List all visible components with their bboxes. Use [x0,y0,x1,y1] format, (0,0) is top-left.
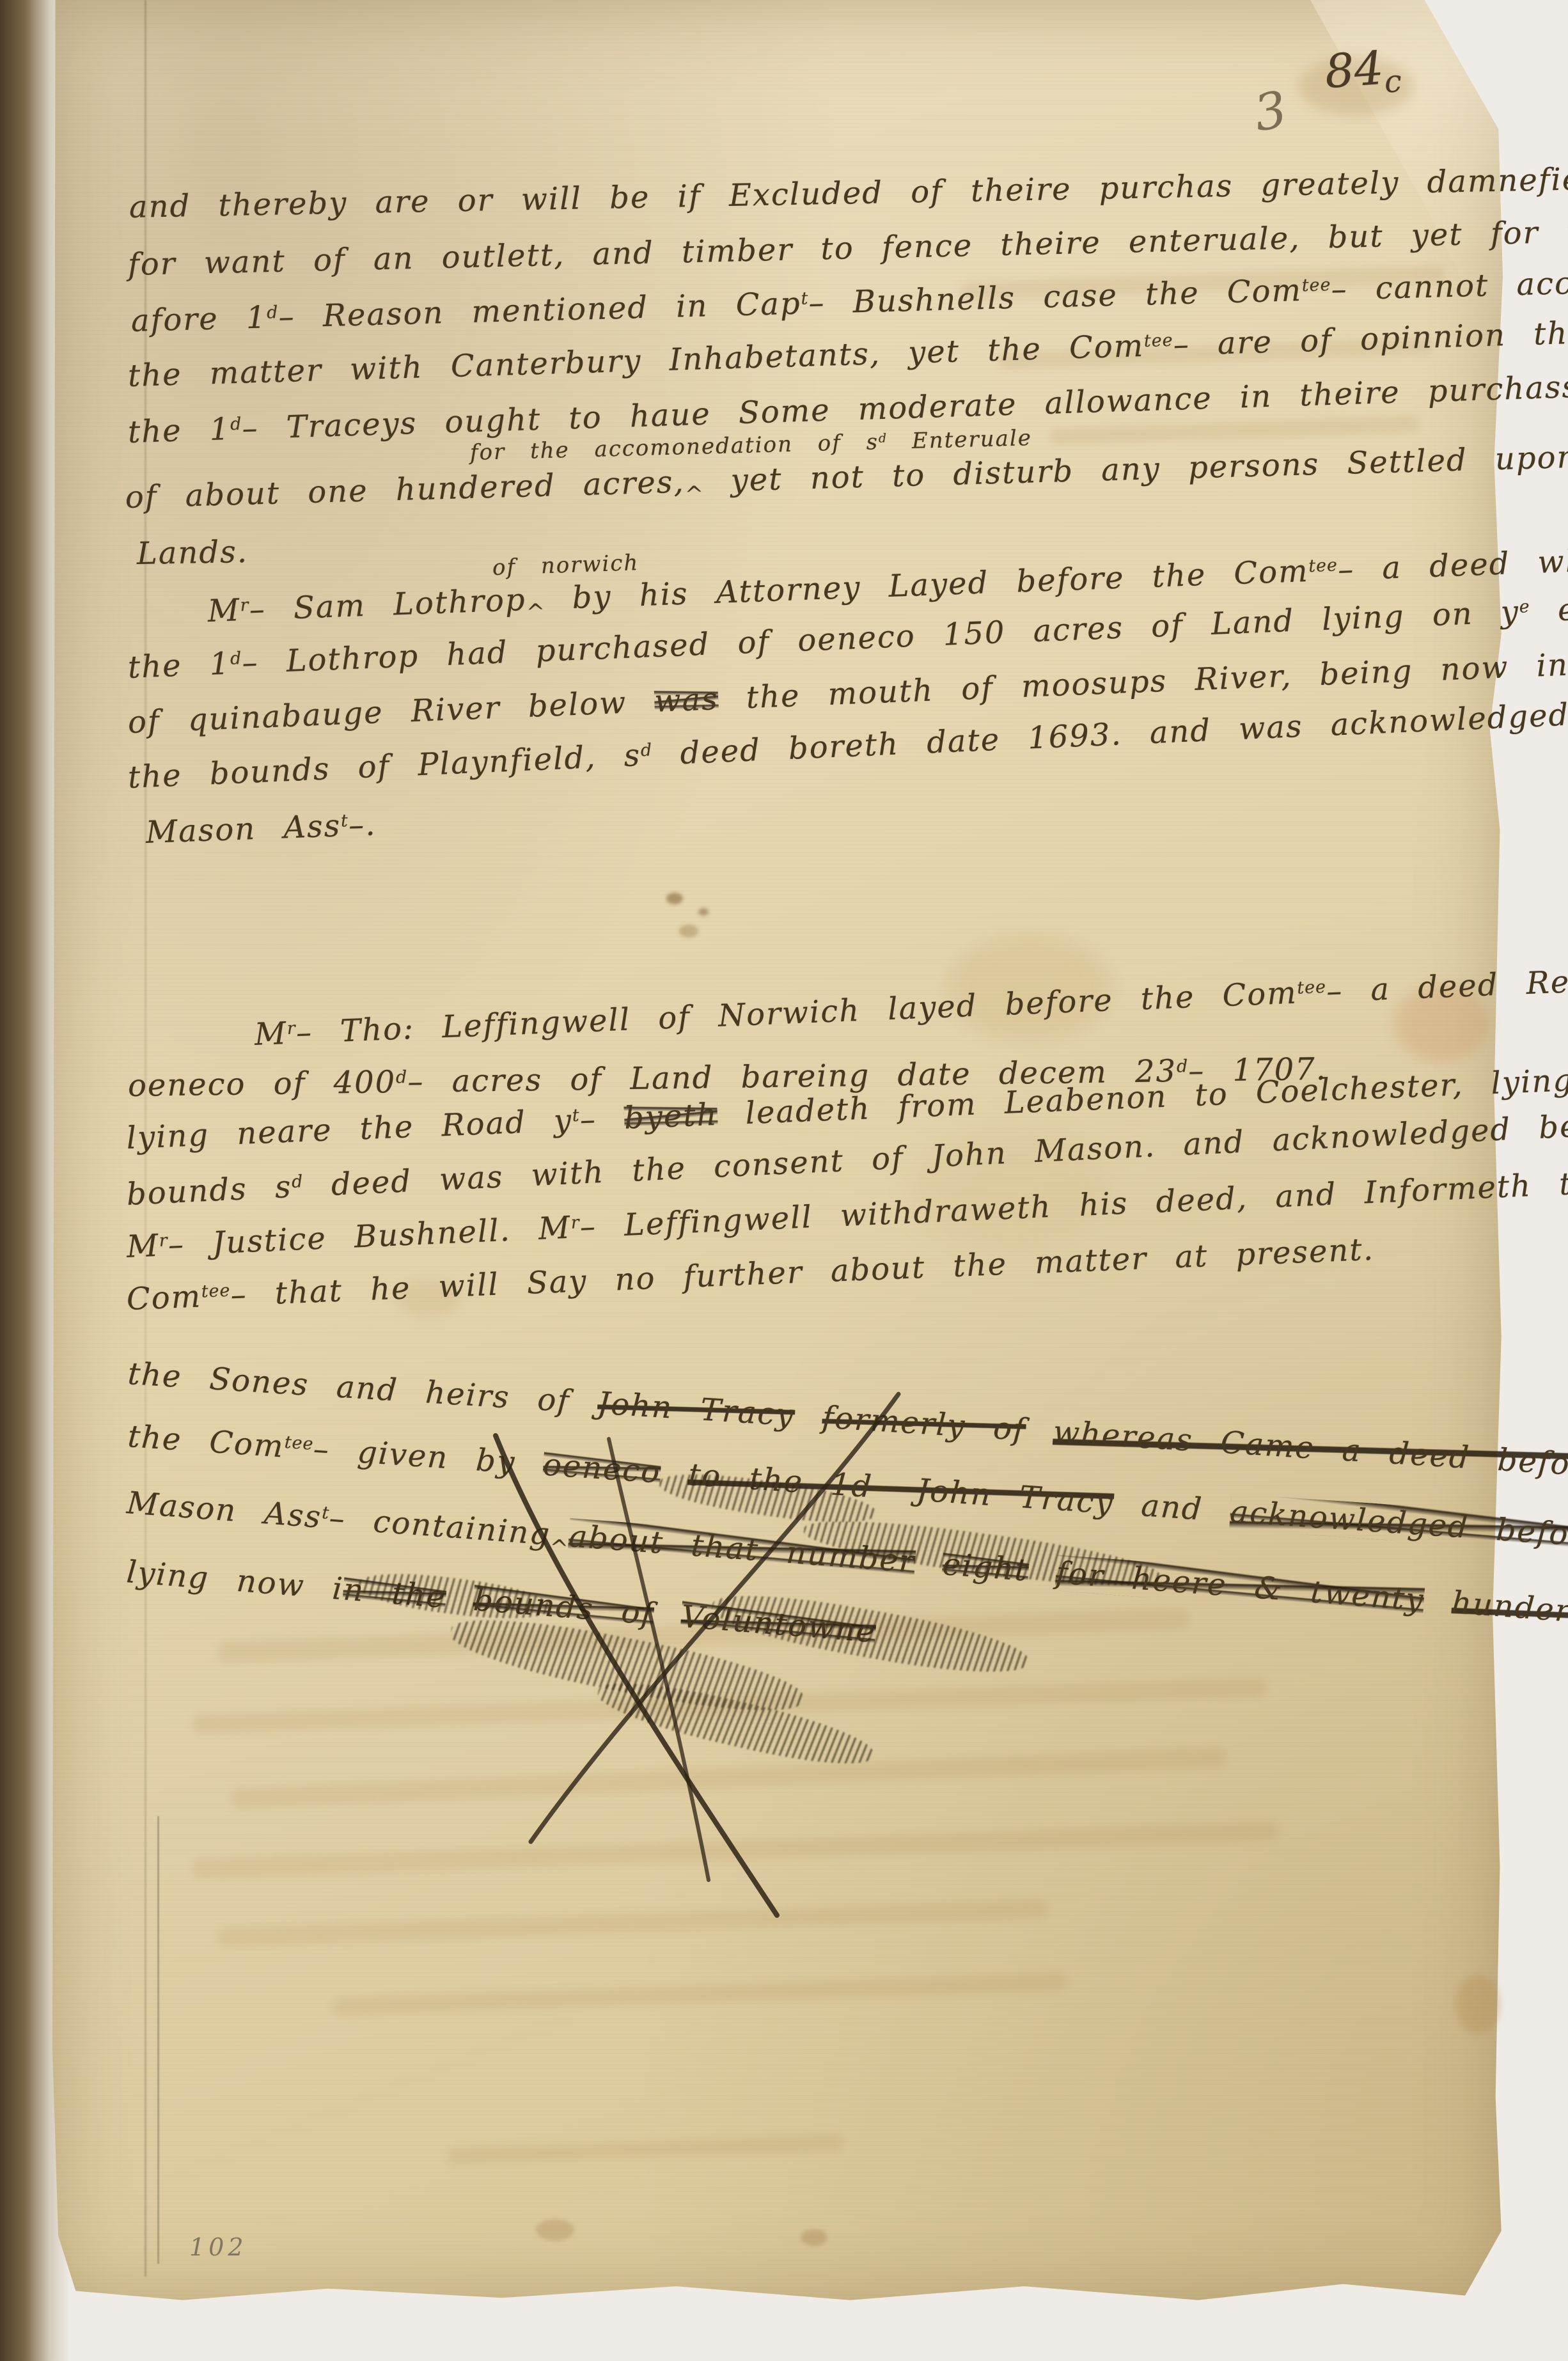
struck-text: hundered acres of Land [1450,1585,1568,1654]
text-segment: – a deed Resciued of [1326,957,1568,1010]
text-segment: the Sones and heirs of [127,1356,599,1421]
superscript-text: d [1177,1056,1189,1076]
text-segment: and [1113,1486,1232,1529]
text-segment: the bounds of Playnfield, s [127,737,642,796]
text-segment: – given by [312,1431,544,1482]
superscript-text: d [230,414,242,435]
caret-mark: ^ [549,1535,569,1562]
text-segment: afore 1 [130,299,267,339]
caret-mark: ^ [685,482,704,508]
superscript-text: d [291,1172,304,1192]
superscript-text: d [267,302,279,322]
struck-text: was [654,681,719,719]
text-segment: – Tho: Leffingwell of Norwich layed befo… [295,975,1298,1051]
text-segment: the 1 [127,646,231,686]
struck-text: byeth [623,1097,719,1136]
text-segment: bounds s [126,1169,293,1212]
superscript-text: r [570,1212,580,1233]
text-segment: Mason Ass [125,1485,323,1535]
struck-text: John Tracy [597,1385,796,1433]
struck-text: formerly of [821,1399,1027,1448]
manuscript-line: Lands. [137,534,249,572]
caret-mark: ^ [526,599,545,625]
superscript-text: d [396,1067,408,1087]
struck-text: whereas Came a deed before [1052,1414,1568,1484]
text-segment [1423,1583,1453,1620]
text-segment: Com [126,1278,202,1317]
text-segment: east side [1530,586,1568,629]
text-segment: of about one hundered acres, [125,464,685,515]
text-segment: lying neare the Road y [126,1102,574,1156]
text-segment: – cannot accomedate [1331,262,1568,308]
text-segment: the Com [127,1418,285,1465]
superscript-text: r [159,1230,168,1251]
superscript-text: d [879,431,888,445]
superscript-text: tee [1301,275,1331,295]
text-segment [1024,1412,1054,1450]
text-segment: the matter with Canterbury Inhabetants, … [127,328,1145,394]
superscript-text: t [801,288,809,308]
struck-text: oeneco [542,1447,662,1490]
text-segment: lying now i [125,1554,345,1607]
superscript-text: tee [1143,331,1173,351]
text-segment: – containing [328,1500,552,1553]
text-segment: – a deed wherein [1337,540,1568,588]
superscript-text: r [240,595,249,615]
text-segment: of norwich [492,550,639,581]
superscript-text: r [286,1019,296,1039]
text-segment: – Justice Bushnell. M [168,1210,572,1263]
superscript-text: d [230,648,242,669]
text-segment: Lands. [137,534,249,572]
superscript-text: tee [1297,977,1327,998]
superscript-text: e [1519,597,1530,617]
manuscript-scan: 84c 3 102 and thereby are or will be if … [0,0,1568,2361]
superscript-text: d [640,740,653,760]
text-segment: Enteruale [887,425,1033,455]
manuscript-line: Mason Asst–. [145,806,377,851]
text-segment: – [579,1101,625,1138]
handwritten-text: and thereby are or will be if Excluded o… [0,0,1568,2361]
text-segment: – Reason mentioned in Cap [278,286,802,335]
text-segment: Mason Ass [145,808,341,851]
superscript-text: tee [201,1281,231,1302]
text-segment: M [126,1228,161,1265]
superscript-text: tee [284,1432,315,1454]
text-segment: oeneco of 400 [128,1064,396,1104]
text-segment [652,1596,683,1634]
text-segment: M [254,1016,288,1053]
text-segment: and thereby are or will be if Excluded o… [129,161,1568,225]
manuscript-line: of norwich [492,550,639,581]
text-segment: of quinabauge River below [127,684,655,741]
struck-text: acknowledged before Sam [1229,1494,1568,1562]
text-segment: – are of opinnion that in Justice [1173,308,1568,363]
text-segment: M [207,592,241,629]
text-segment: – Sam Lothrop [249,582,527,628]
manuscript-line: and thereby are or will be if Excluded o… [129,161,1568,225]
text-segment: the 1 [127,411,231,450]
manuscript-line: Mr– Tho: Leffingwell of Norwich layed be… [254,957,1568,1053]
text-segment [794,1398,824,1436]
text-segment: –. [348,806,377,843]
superscript-text: tee [1308,555,1338,576]
text-segment: – Bushnells case the Com [808,272,1303,321]
